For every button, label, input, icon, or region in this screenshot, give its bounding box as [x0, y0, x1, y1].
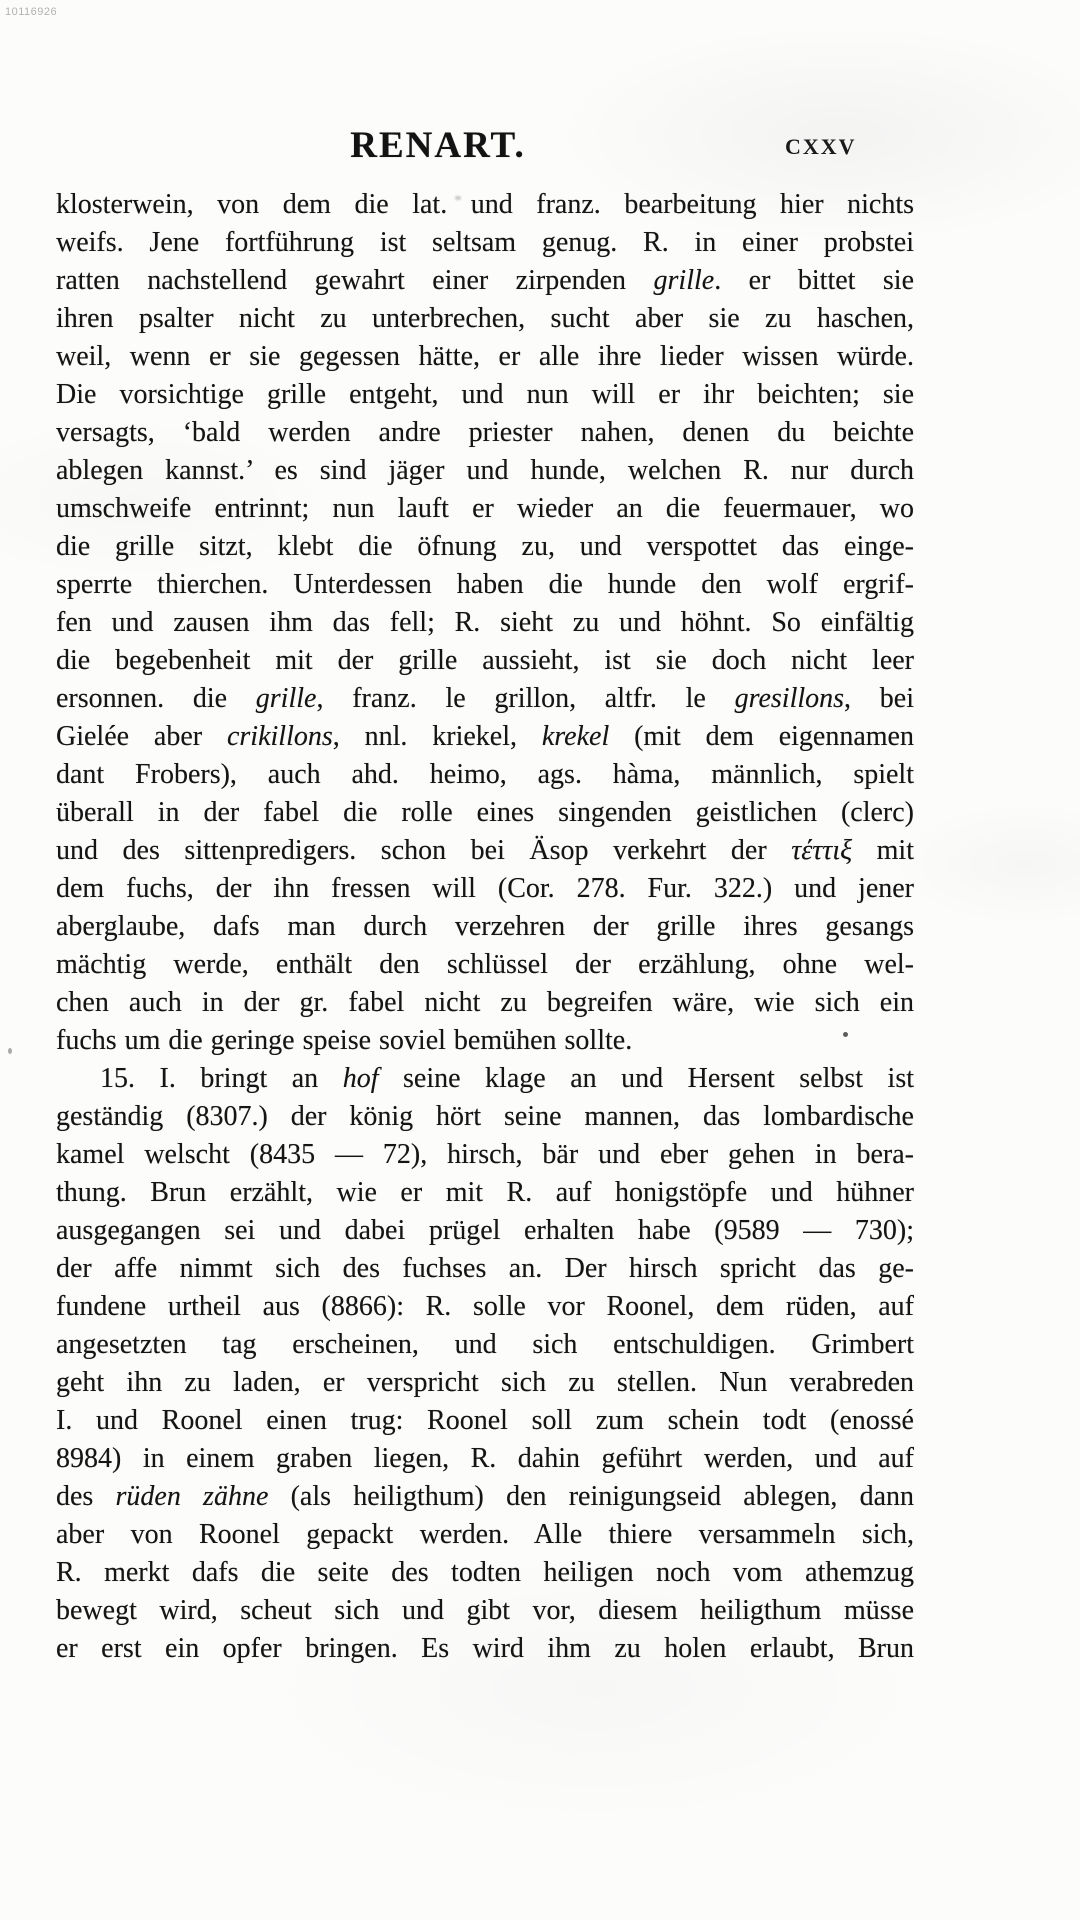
- text-line: dem fuchs, der ihn fressen will (Cor. 27…: [56, 870, 914, 908]
- text-line: geht ihn zu laden, er verspricht sich zu…: [56, 1364, 914, 1402]
- text-line: chen auch in der gr. fabel nicht zu begr…: [56, 984, 914, 1022]
- text-line: kamel welscht (8435 — 72), hirsch, bär u…: [56, 1136, 914, 1174]
- text-line: R. merkt dafs die seite des todten heili…: [56, 1554, 914, 1592]
- text-line: aber von Roonel gepackt werden. Alle thi…: [56, 1516, 914, 1554]
- text-line: ablegen kannst.’ es sind jäger und hunde…: [56, 452, 914, 490]
- running-title: RENART.: [350, 124, 525, 167]
- paragraph: klosterwein, von dem die lat. und franz.…: [56, 186, 914, 1060]
- text-line: weil, wenn er sie gegessen hätte, er all…: [56, 338, 914, 376]
- text-line: fen und zausen ihm das fell; R. sieht zu…: [56, 604, 914, 642]
- text-line: angesetzten tag erscheinen, und sich ent…: [56, 1326, 914, 1364]
- text-line: Gielée aber crikillons, nnl. kriekel, kr…: [56, 718, 914, 756]
- text-line: I. und Roonel einen trug: Roonel soll zu…: [56, 1402, 914, 1440]
- page-number: CXXV: [785, 134, 857, 160]
- text-line: thung. Brun erzählt, wie er mit R. auf h…: [56, 1174, 914, 1212]
- text-line: der affe nimmt sich des fuchses an. Der …: [56, 1250, 914, 1288]
- text-line: ersonnen. die grille, franz. le grillon,…: [56, 680, 914, 718]
- text-line: die grille sitzt, klebt die öfnung zu, u…: [56, 528, 914, 566]
- text-line: umschweife entrinnt; nun lauft er wieder…: [56, 490, 914, 528]
- paragraph: 15. I. bringt an hof seine klage an und …: [56, 1060, 914, 1668]
- text-line: mächtig werde, enthält den schlüssel der…: [56, 946, 914, 984]
- text-line: Die vorsichtige grille entgeht, und nun …: [56, 376, 914, 414]
- scan-artifact-dot: [8, 1048, 12, 1054]
- page-body: klosterwein, von dem die lat. und franz.…: [56, 186, 914, 1668]
- scanned-book-page: 10116926 RENART. CXXV klosterwein, von d…: [0, 0, 1080, 1920]
- text-line: dant Frobers), auch ahd. heimo, ags. hàm…: [56, 756, 914, 794]
- text-line: des rüden zähne (als heiligthum) den rei…: [56, 1478, 914, 1516]
- text-line: 8984) in einem graben liegen, R. dahin g…: [56, 1440, 914, 1478]
- text-line: er erst ein opfer bringen. Es wird ihm z…: [56, 1630, 914, 1668]
- text-line: weifs. Jene fortführung ist seltsam genu…: [56, 224, 914, 262]
- text-line: überall in der fabel die rolle eines sin…: [56, 794, 914, 832]
- text-line: und des sittenpredigers. schon bei Äsop …: [56, 832, 914, 870]
- text-line: ihren psalter nicht zu unterbrechen, suc…: [56, 300, 914, 338]
- text-line: ratten nachstellend gewahrt einer zirpen…: [56, 262, 914, 300]
- text-line: 15. I. bringt an hof seine klage an und …: [56, 1060, 914, 1098]
- text-line: sperrte thierchen. Unterdessen haben die…: [56, 566, 914, 604]
- text-line: aberglaube, dafs man durch verzehren der…: [56, 908, 914, 946]
- text-line: bewegt wird, scheut sich und gibt vor, d…: [56, 1592, 914, 1630]
- text-line: die begebenheit mit der grille aussieht,…: [56, 642, 914, 680]
- text-line: klosterwein, von dem die lat. und franz.…: [56, 186, 914, 224]
- text-line: ausgegangen sei und dabei prügel erhalte…: [56, 1212, 914, 1250]
- text-line: versagts, ‘bald werden andre priester na…: [56, 414, 914, 452]
- text-line: geständig (8307.) der könig hört seine m…: [56, 1098, 914, 1136]
- text-line: fundene urtheil aus (8866): R. solle vor…: [56, 1288, 914, 1326]
- text-line: fuchs um die geringe speise soviel bemüh…: [56, 1022, 914, 1060]
- library-scan-number: 10116926: [5, 6, 57, 18]
